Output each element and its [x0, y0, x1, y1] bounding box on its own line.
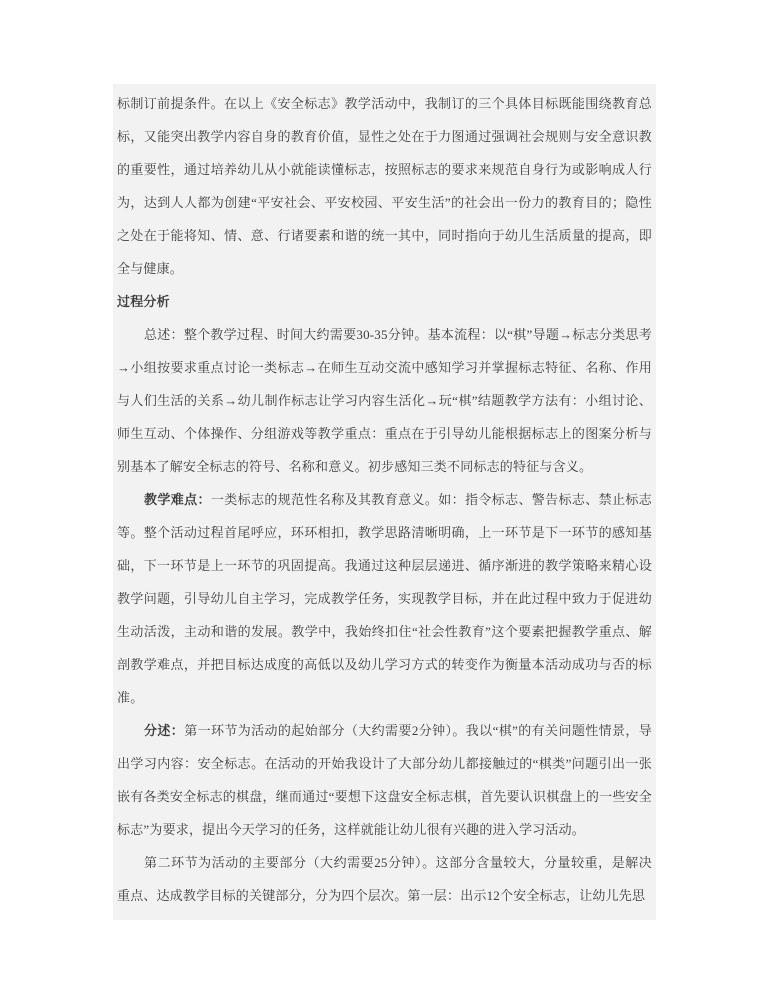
text-line: 之处在于能将知、情、意、行诸要素和谐的统一其中，同时指向于幼儿生活质量的提高，即…: [117, 219, 652, 252]
text-line: 生动活泼，主动和谐的发展。教学中，我始终扣住“社会性教育”这个要素把握教学重点、…: [117, 615, 652, 648]
paragraph: 总述：整个教学过程、时间大约需要30-35分钟。基本流程：以“棋”导题→标志分类…: [117, 318, 652, 483]
text-line: 总述：整个教学过程、时间大约需要30-35分钟。基本流程：以“棋”导题→标志分类…: [117, 318, 652, 351]
text-line: 全与健康。: [117, 252, 652, 285]
text-line: 等。整个活动过程首尾呼应，环环相扣，教学思路清晰明确，上一环节是下一环节的感知基: [117, 516, 652, 549]
text-line: 师生互动、个体操作、分组游戏等教学重点：重点在于引导幼儿能根据标志上的图案分析与…: [117, 417, 652, 450]
text-line: 别基本了解安全标志的符号、名称和意义。初步感知三类不同标志的特征与含义。: [117, 450, 652, 483]
bold-lead: 分述：: [144, 723, 184, 738]
text-line: 分述：第一环节为活动的起始部分（大约需要2分钟）。我以“棋”的有关问题性情景，导: [117, 714, 652, 747]
text-line: 出学习内容：安全标志。在活动的开始我设计了大部分幼儿都接触过的“棋类”问题引出一…: [117, 747, 652, 780]
paragraph: 教学难点：一类标志的规范性名称及其教育意义。如：指令标志、警告标志、禁止标志等。…: [117, 483, 652, 714]
paragraph: 第二环节为活动的主要部分（大约需要25分钟）。这部分含量较大，分量较重，是解决教…: [117, 846, 652, 912]
text-line: 重点、达成教学目标的关键部分，分为四个层次。第一层：出示12个安全标志，让幼儿先…: [117, 879, 652, 912]
text-line: 教学难点：一类标志的规范性名称及其教育意义。如：指令标志、警告标志、禁止标志: [117, 483, 652, 516]
section-heading: 过程分析: [117, 285, 652, 318]
text-line: 标制订前提条件。在以上《安全标志》教学活动中，我制订的三个具体目标既能围绕教育总…: [117, 87, 652, 120]
text-line: 过程分析: [117, 285, 652, 318]
text-line: 准。: [117, 681, 652, 714]
text-line: 第二环节为活动的主要部分（大约需要25分钟）。这部分含量较大，分量较重，是解决教…: [117, 846, 652, 879]
bold-lead: 教学难点：: [144, 492, 211, 507]
text-line: 标志”为要求，提出今天学习的任务，这样就能让幼儿很有兴趣的进入学习活动。: [117, 813, 652, 846]
document-page: 标制订前提条件。在以上《安全标志》教学活动中，我制订的三个具体目标既能围绕教育总…: [0, 0, 770, 1000]
text-line: 剖教学难点，并把目标达成度的高低以及幼儿学习方式的转变作为衡量本活动成功与否的标: [117, 648, 652, 681]
text-line: →小组按要求重点讨论一类标志→在师生互动交流中感知学习并掌握标志特征、名称、作用…: [117, 351, 652, 384]
text-line: 的重要性，通过培养幼儿从小就能读懂标志，按照标志的要求来规范自身行为或影响成人行: [117, 153, 652, 186]
text-line: 与人们生活的关系→幼儿制作标志让学习内容生活化→玩“棋”结题教学方法有：小组讨论…: [117, 384, 652, 417]
paragraph: 分述：第一环节为活动的起始部分（大约需要2分钟）。我以“棋”的有关问题性情景，导…: [117, 714, 652, 846]
text-line: 嵌有各类安全标志的棋盘，继而通过“要想下这盘安全标志棋，首先要认识棋盘上的一些安…: [117, 780, 652, 813]
text-line: 为，达到人人都为创建“平安社会、平安校园、平安生活”的社会出一份力的教育目的；隐…: [117, 186, 652, 219]
paragraph: 标制订前提条件。在以上《安全标志》教学活动中，我制订的三个具体目标既能围绕教育总…: [117, 87, 652, 285]
text-line: 础，下一环节是上一环节的巩固提高。我通过这种层层递进、循序渐进的教学策略来精心设…: [117, 549, 652, 582]
doc-content: 标制订前提条件。在以上《安全标志》教学活动中，我制订的三个具体目标既能围绕教育总…: [113, 84, 656, 920]
text-line: 标，又能突出教学内容自身的教育价值，显性之处在于力图通过强调社会规则与安全意识教…: [117, 120, 652, 153]
text-line: 教学问题，引导幼儿自主学习，完成教学任务，实现教学目标，并在此过程中致力于促进幼…: [117, 582, 652, 615]
